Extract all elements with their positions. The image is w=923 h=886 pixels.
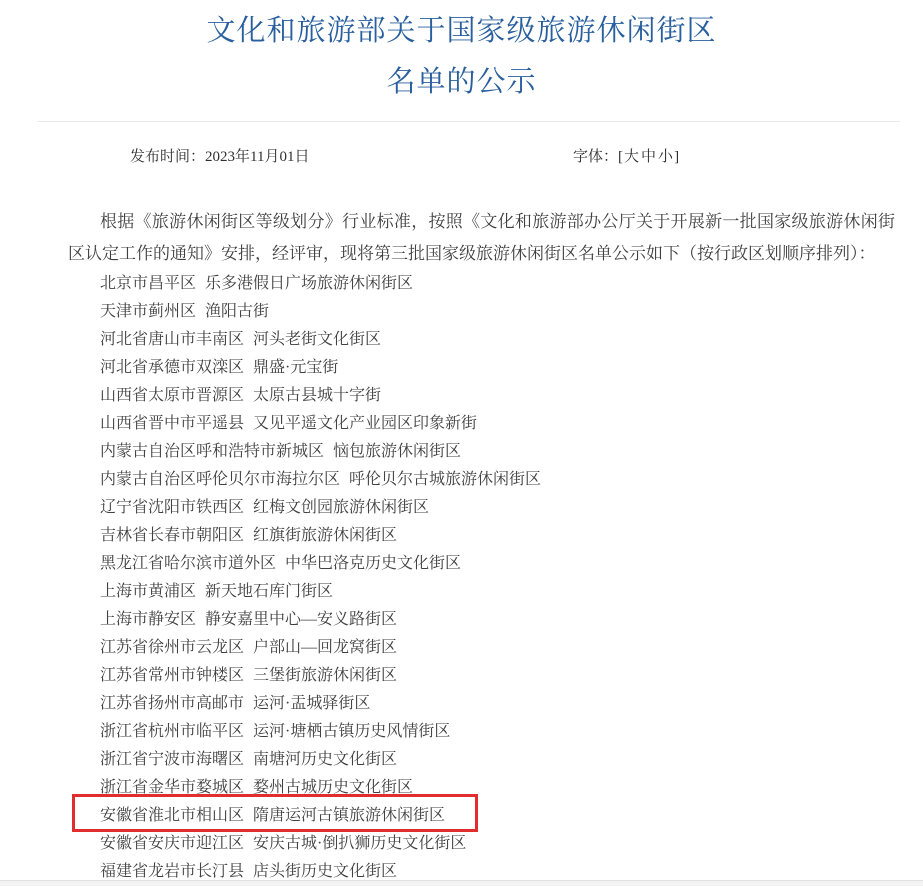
publish-time-label: 发布时间：	[130, 149, 205, 165]
list-item-street: 渔阳古街	[205, 303, 269, 320]
list-item: 河北省承德市双滦区鼎盛·元宝街	[68, 354, 895, 382]
list-item-region: 浙江省杭州市临平区	[100, 723, 244, 740]
font-size-small[interactable]: 小	[657, 149, 674, 165]
list-item: 北京市昌平区乐多港假日广场旅游休闲街区	[68, 270, 895, 298]
list-item: 山西省晋中市平遥县又见平遥文化产业园区印象新街	[68, 410, 895, 438]
list-item: 河北省唐山市丰南区河头老街文化街区	[68, 326, 895, 354]
list-item-region: 上海市静安区	[100, 611, 196, 628]
list-item-street: 乐多港假日广场旅游休闲街区	[205, 275, 413, 292]
list-item-street: 又见平遥文化产业园区印象新街	[253, 415, 477, 432]
list-item-region: 福建省龙岩市长汀县	[100, 863, 244, 880]
list-item-region: 山西省晋中市平遥县	[100, 415, 244, 432]
list-item-street: 运河·盂城驿街区	[253, 695, 370, 712]
list-item-street: 红旗街旅游休闲街区	[253, 527, 397, 544]
list-item-region: 浙江省宁波市海曙区	[100, 751, 244, 768]
list-item: 江苏省徐州市云龙区户部山—回龙窝街区	[68, 634, 895, 662]
list-item-street: 恼包旅游休闲街区	[333, 443, 461, 460]
list-item-street: 运河·塘栖古镇历史风情街区	[253, 723, 450, 740]
list-item: 江苏省扬州市高邮市运河·盂城驿街区	[68, 690, 895, 718]
font-size-large[interactable]: 大	[623, 149, 640, 165]
list-item-region: 山西省太原市晋源区	[100, 387, 244, 404]
list-item-region: 内蒙古自治区呼伦贝尔市海拉尔区	[100, 471, 340, 488]
list-item-street: 店头街历史文化街区	[253, 863, 397, 880]
list-item-region: 内蒙古自治区呼和浩特市新城区	[100, 443, 324, 460]
list-item-street: 新天地石库门街区	[205, 583, 333, 600]
list-item-region: 辽宁省沈阳市铁西区	[100, 499, 244, 516]
list-item-region: 浙江省金华市婺城区	[100, 779, 244, 796]
list-item: 安徽省安庆市迎江区安庆古城·倒扒狮历史文化街区	[68, 830, 895, 858]
notice-page: 文化和旅游部关于国家级旅游休闲街区 名单的公示 发布时间：2023年11月01日…	[0, 0, 923, 886]
list-item-street: 红梅文创园旅游休闲街区	[253, 499, 429, 516]
list-item-region: 吉林省长春市朝阳区	[100, 527, 244, 544]
list-item-street: 户部山—回龙窝街区	[253, 639, 397, 656]
list-item-street: 南塘河历史文化街区	[253, 751, 397, 768]
list-item-street: 中华巴洛克历史文化街区	[285, 555, 461, 572]
list-item-street: 三堡街旅游休闲街区	[253, 667, 397, 684]
list-item-street: 隋唐运河古镇旅游休闲街区	[253, 807, 445, 824]
list-item-region: 江苏省徐州市云龙区	[100, 639, 244, 656]
list-item-street: 安庆古城·倒扒狮历史文化街区	[253, 835, 466, 852]
list-item: 江苏省常州市钟楼区三堡街旅游休闲街区	[68, 662, 895, 690]
list-item: 辽宁省沈阳市铁西区红梅文创园旅游休闲街区	[68, 494, 895, 522]
list-item-region: 江苏省常州市钟楼区	[100, 667, 244, 684]
list-item-region: 安徽省淮北市相山区	[100, 807, 244, 824]
bottom-strip	[0, 880, 923, 886]
list-item: 山西省太原市晋源区太原古县城十字街	[68, 382, 895, 410]
list-item: 内蒙古自治区呼和浩特市新城区恼包旅游休闲街区	[68, 438, 895, 466]
bracket-close: ]	[674, 149, 679, 165]
list-item: 浙江省杭州市临平区运河·塘栖古镇历史风情街区	[68, 718, 895, 746]
page-title-line2: 名单的公示	[0, 57, 923, 108]
list-item: 安徽省淮北市相山区隋唐运河古镇旅游休闲街区	[68, 802, 895, 830]
street-list: 北京市昌平区乐多港假日广场旅游休闲街区 天津市蓟州区渔阳古街 河北省唐山市丰南区…	[68, 270, 895, 886]
list-item: 浙江省金华市婺城区婺州古城历史文化街区	[68, 774, 895, 802]
list-item-region: 黑龙江省哈尔滨市道外区	[100, 555, 276, 572]
list-item-street: 静安嘉里中心—安义路街区	[205, 611, 397, 628]
list-item: 内蒙古自治区呼伦贝尔市海拉尔区呼伦贝尔古城旅游休闲街区	[68, 466, 895, 494]
list-item-region: 河北省唐山市丰南区	[100, 331, 244, 348]
list-item-region: 江苏省扬州市高邮市	[100, 695, 244, 712]
font-size-control: 字体：[大中小]	[573, 146, 679, 168]
title-divider	[38, 121, 900, 122]
list-item-street: 河头老街文化街区	[253, 331, 381, 348]
list-item: 上海市黄浦区新天地石库门街区	[68, 578, 895, 606]
font-size-label: 字体：	[573, 149, 618, 165]
list-item-region: 安徽省安庆市迎江区	[100, 835, 244, 852]
list-item-region: 北京市昌平区	[100, 275, 196, 292]
list-item: 上海市静安区静安嘉里中心—安义路街区	[68, 606, 895, 634]
list-item: 黑龙江省哈尔滨市道外区中华巴洛克历史文化街区	[68, 550, 895, 578]
list-item: 浙江省宁波市海曙区南塘河历史文化街区	[68, 746, 895, 774]
list-item-street: 太原古县城十字街	[253, 387, 381, 404]
list-item-street: 婺州古城历史文化街区	[253, 779, 413, 796]
publish-date: 2023年11月01日	[205, 149, 309, 165]
list-item-region: 上海市黄浦区	[100, 583, 196, 600]
list-item: 天津市蓟州区渔阳古街	[68, 298, 895, 326]
list-item-street: 呼伦贝尔古城旅游休闲街区	[349, 471, 541, 488]
font-size-medium[interactable]: 中	[640, 149, 657, 165]
notice-body: 根据《旅游休闲街区等级划分》行业标准，按照《文化和旅游部办公厅关于开展新一批国家…	[68, 206, 895, 886]
page-title-line1: 文化和旅游部关于国家级旅游休闲街区	[0, 6, 923, 57]
list-item-street: 鼎盛·元宝街	[253, 359, 338, 376]
list-item-region: 河北省承德市双滦区	[100, 359, 244, 376]
list-item-region: 天津市蓟州区	[100, 303, 196, 320]
page-title: 文化和旅游部关于国家级旅游休闲街区 名单的公示	[0, 0, 923, 108]
meta-row: 发布时间：2023年11月01日 字体：[大中小]	[0, 146, 923, 168]
list-item: 吉林省长春市朝阳区红旗街旅游休闲街区	[68, 522, 895, 550]
publish-time: 发布时间：2023年11月01日	[130, 146, 309, 168]
intro-paragraph: 根据《旅游休闲街区等级划分》行业标准，按照《文化和旅游部办公厅关于开展新一批国家…	[68, 206, 895, 270]
